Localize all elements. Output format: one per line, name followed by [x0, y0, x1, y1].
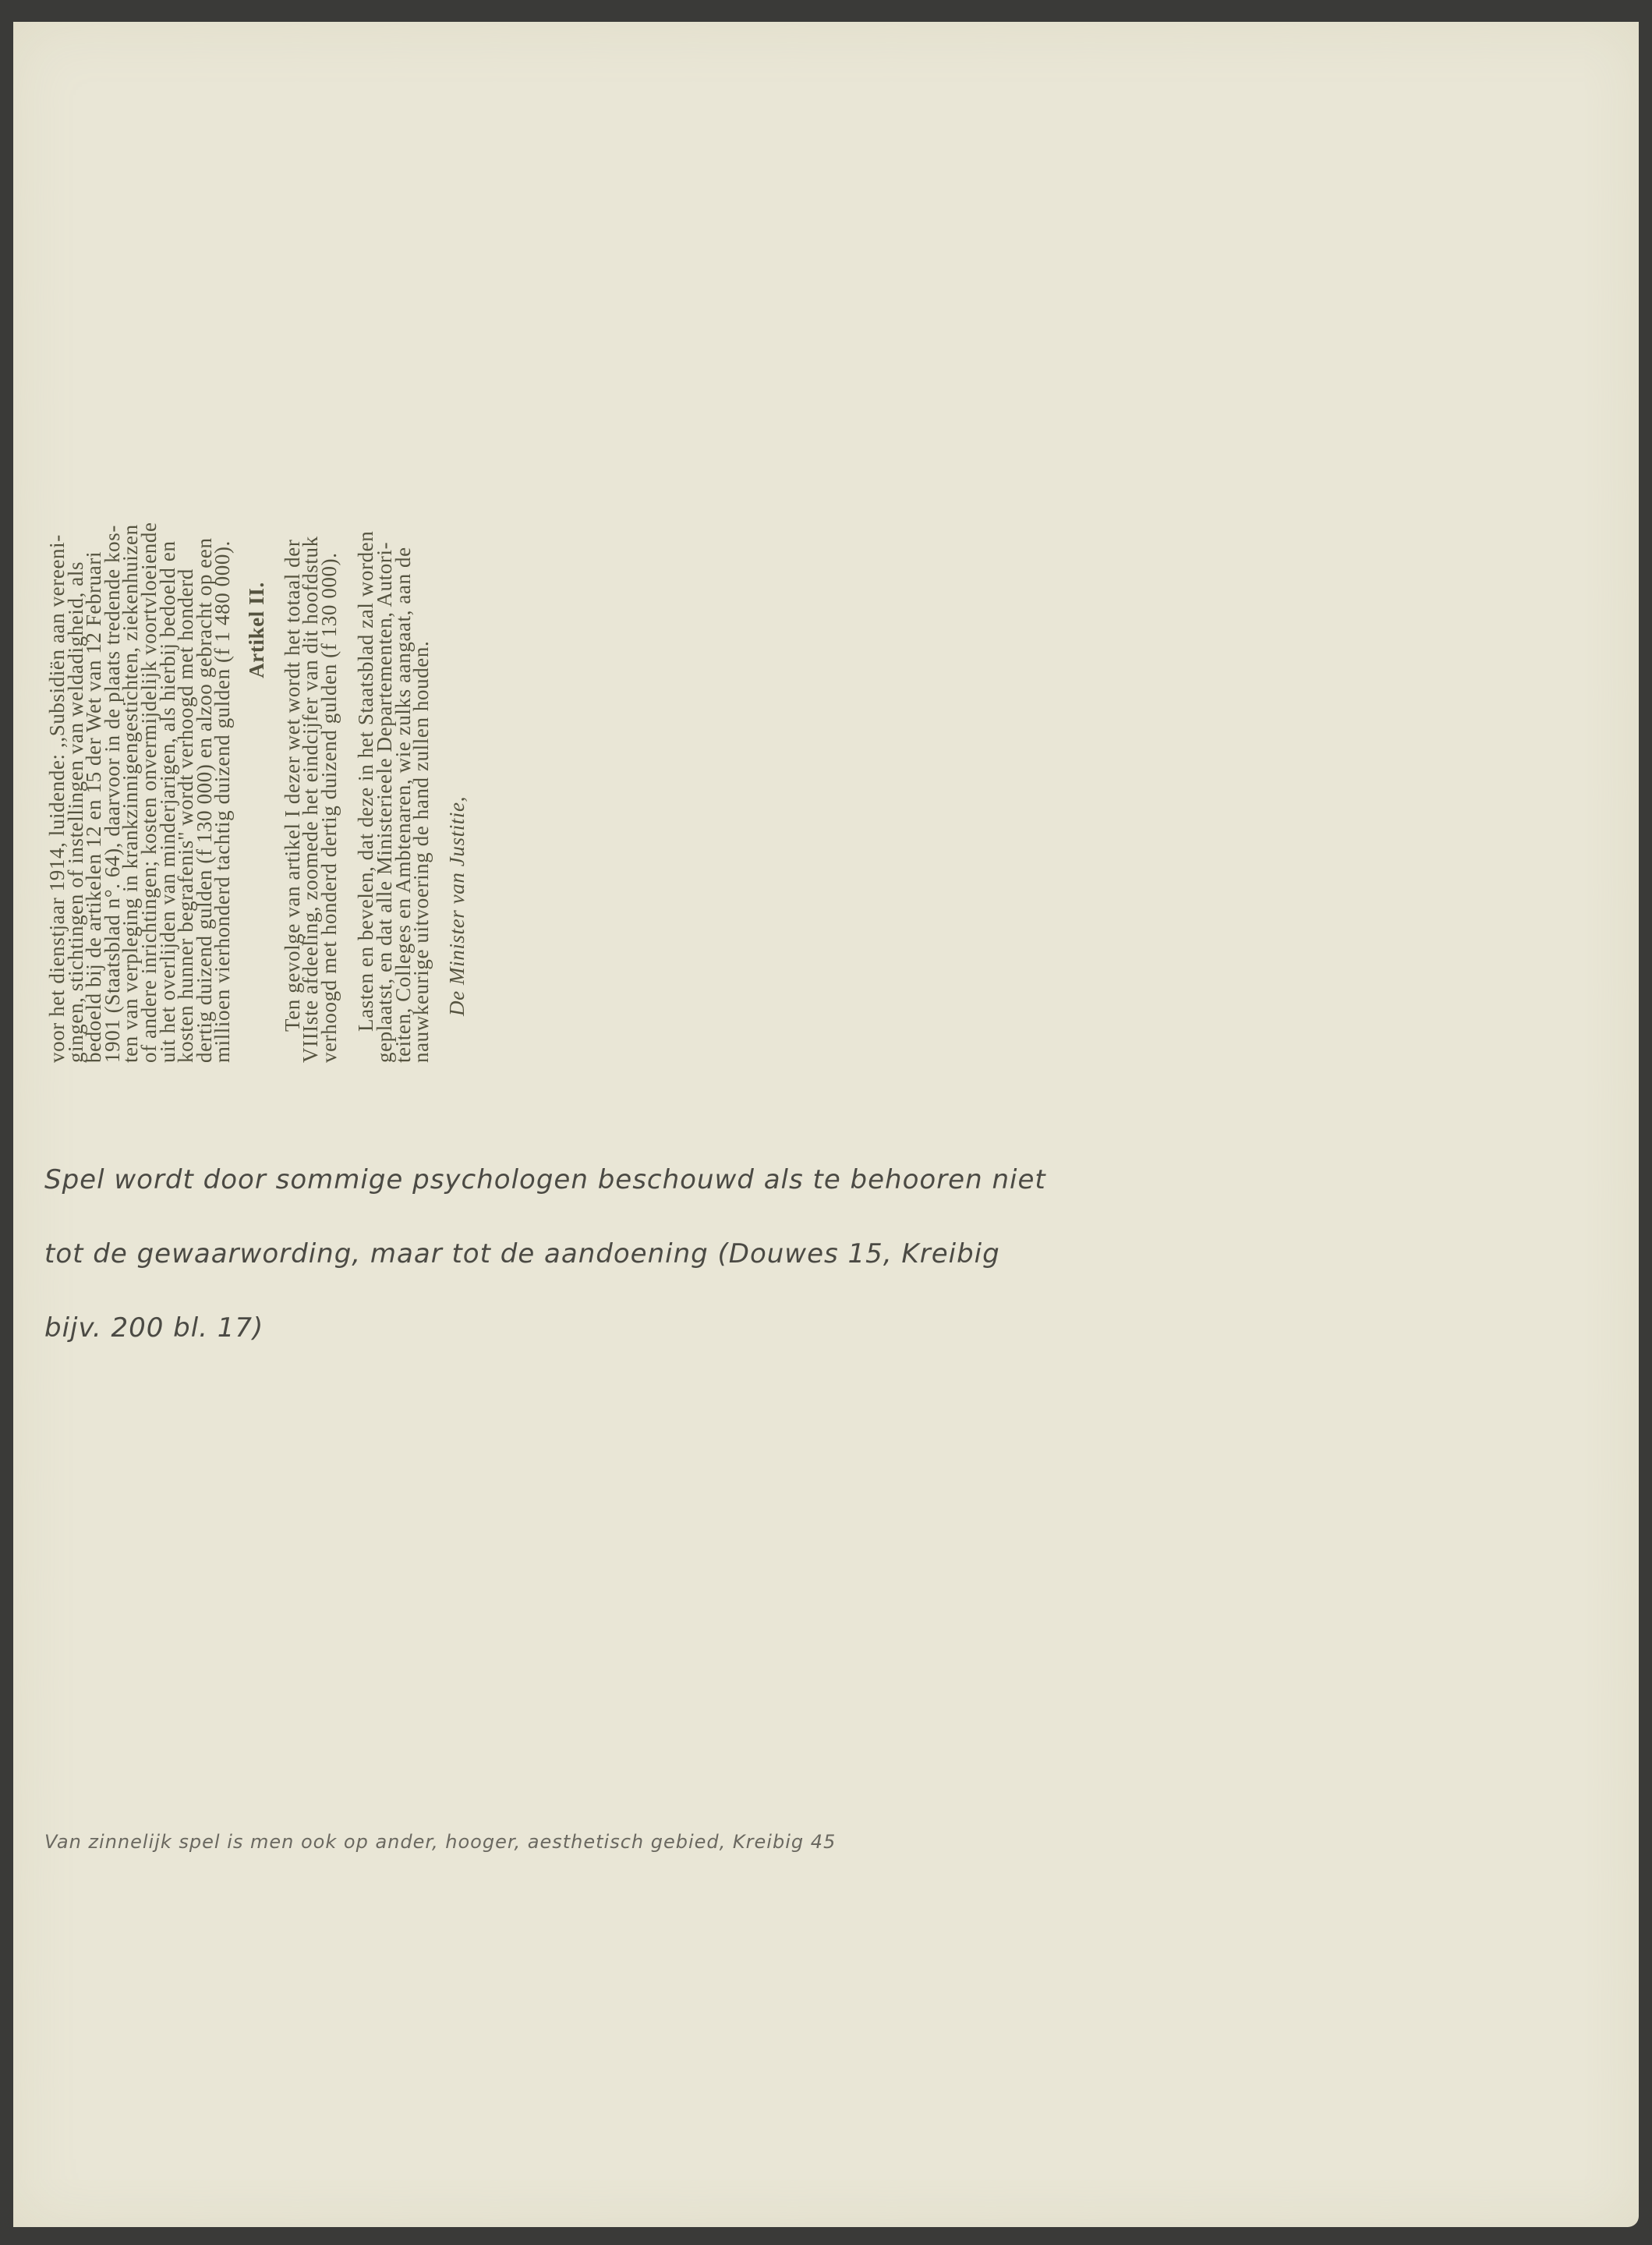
- printed-text-block-rotated: voor het dienstjaar 1914, luidende: ,,Su…: [48, 197, 466, 1063]
- text-line: nauwkeurige uitvoering de hand zullen ho…: [412, 197, 431, 1063]
- signature-line: De Minister van Justitie,: [448, 197, 467, 1063]
- text-line: verhoogd met honderd dertig duizend guld…: [320, 197, 339, 1063]
- handwritten-note-line: bijv. 200 bl. 17): [44, 1312, 264, 1344]
- handwritten-note-line: Spel wordt door sommige psychologen besc…: [44, 1164, 1046, 1195]
- document-page: voor het dienstjaar 1914, luidende: ,,Su…: [13, 22, 1639, 2227]
- article-heading: Artikel II.: [248, 197, 267, 1063]
- text-line: millioen vierhonderd tachtig duizend gul…: [214, 197, 232, 1063]
- handwritten-note-bottom: Van zinnelijk spel is men ook op ander, …: [44, 1831, 836, 1853]
- handwritten-note-line: tot de gewaarwording, maar tot de aandoe…: [44, 1238, 1000, 1269]
